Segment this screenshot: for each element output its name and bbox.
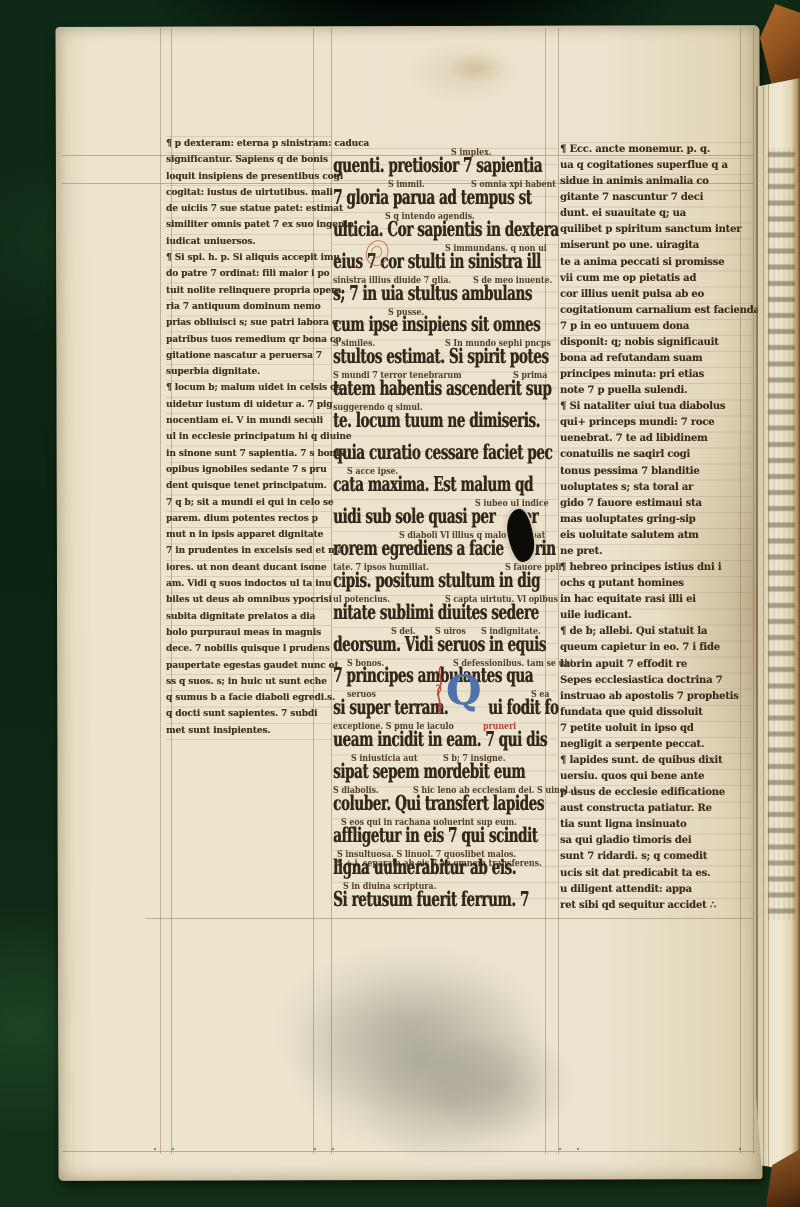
left-gloss-line: am. Vidi q suos indoctos ul ta inu xyxy=(166,576,332,592)
left-gloss-line: bolo purpuraui meas in magnis xyxy=(166,625,332,641)
main-text-line: te. locum tuum ne dimiseris. xyxy=(333,409,540,433)
left-gloss-line: 7 in prudentes in excelsis sed et ma xyxy=(166,543,332,559)
ruling-horizontal xyxy=(62,1151,756,1152)
right-gloss-line: uile iudicant. xyxy=(560,608,752,624)
prick-mark xyxy=(559,1148,561,1150)
left-gloss-line: biles ut deus ab omnibus ypocrisi xyxy=(166,592,332,608)
left-gloss-line: met sunt insipientes. xyxy=(166,723,332,739)
main-text-line: nitate sublimi diuites sedere xyxy=(333,601,539,625)
right-gloss-line: sunt 7 ridardi. s; q comedit xyxy=(560,849,752,865)
main-line-block: S implex.guenti. pretiosior 7 sapientia xyxy=(333,148,559,180)
left-gloss-line: iudicat uniuersos. xyxy=(166,234,332,250)
right-gloss-line: sidue in animis animalia co xyxy=(560,174,752,190)
right-gloss-line: ret sibi qd sequitur accidet ∴ xyxy=(560,898,752,914)
right-gloss-line: conatuilis ne saqirl cogi xyxy=(560,447,752,463)
right-gloss-line: disponit: q; nobis significauit xyxy=(560,335,752,351)
left-gloss-line: ¶ locum b; malum uidet in celsis qs xyxy=(166,380,332,396)
main-line-block: sinistra illius diuide 7 glia.S de meo i… xyxy=(333,276,559,308)
main-line-block: S iniusticia autS b; 7 insigne.sipat sep… xyxy=(333,754,559,786)
prick-mark xyxy=(154,1148,156,1150)
manuscript-photo-stage: ¶ p dexteram: eterna p sinistram: caduca… xyxy=(0,0,800,1207)
right-gloss-line: ¶ hebreo principes istius dni i xyxy=(560,560,752,576)
prick-mark xyxy=(577,1148,579,1150)
right-gloss-line: uersiu. quos qui bene ante xyxy=(560,769,752,785)
main-text-line: cum ipse insipiens sit omnes xyxy=(333,313,540,337)
right-gloss-line: aust constructa patiatur. Re xyxy=(560,801,752,817)
right-gloss-line: tia sunt ligna insinuato xyxy=(560,817,752,833)
facing-page-cutoff-text xyxy=(768,148,795,920)
left-gloss-line: paupertate egestas gaudet nunc ot xyxy=(166,658,332,674)
right-gloss-column: ¶ Ecc. ancte monemur. p. q.ua q cogitati… xyxy=(560,142,752,914)
right-gloss-line: ochs q putant homines xyxy=(560,576,752,592)
left-gloss-line: do patre 7 ordinat: fili maior i po xyxy=(166,266,332,282)
main-text-line: coluber. Qui transfert lapides xyxy=(333,792,544,816)
right-gloss-line: cor illius uenit pulsa ab eo xyxy=(560,287,752,303)
right-gloss-line: gido 7 fauore estimaui sta xyxy=(560,496,752,512)
right-gloss-line: mas uoluptates gring-sip xyxy=(560,512,752,528)
prick-mark xyxy=(172,1148,174,1150)
main-text-line: 7 gloria parua ad tempus st xyxy=(333,186,532,210)
right-gloss-line: Sepes ecclesiastica doctrina 7 xyxy=(560,673,752,689)
left-gloss-line: q sumus b a facie diaboli egredi.s. xyxy=(166,690,332,706)
main-line-block: S mundi 7 terror tenebrarumS primatatem … xyxy=(333,371,559,403)
left-gloss-column: ¶ p dexteram: eterna p sinistram: caduca… xyxy=(166,136,332,744)
right-gloss-line: ¶ lapides sunt. de quibus dixit xyxy=(560,753,752,769)
right-gloss-line: bona ad refutandam suam xyxy=(560,351,752,367)
right-gloss-line: 7 p in eo untuuem dona xyxy=(560,319,752,335)
main-line-block: quia curatio cessare faciet pec xyxy=(333,435,559,467)
left-gloss-line: nocentiam ei. V in mundi seculi xyxy=(166,413,332,429)
main-text-line: quia curatio cessare faciet pec xyxy=(333,441,552,465)
main-line-block: exceptione. S pmu le iaculopruneriueam i… xyxy=(333,722,559,754)
main-line-block: tate. 7 ipsos humiliat.S fauore pplicipi… xyxy=(333,563,559,595)
right-gloss-line: ¶ Si nataliter uiui tua diabolus xyxy=(560,399,752,415)
right-gloss-line: uoluptates s; sta toral ar xyxy=(560,480,752,496)
main-text-line: eius 7 cor stulti in sinistra ill xyxy=(333,250,541,274)
right-gloss-line: gitante 7 nascuntur 7 deci xyxy=(560,190,752,206)
illuminated-initial-q: Q xyxy=(436,666,482,720)
left-gloss-line: cogitat: iustus de uirtutibus. mali xyxy=(166,185,332,201)
main-line-block: S diabolis.S hic leno ab ecclesiam dei. … xyxy=(333,786,559,818)
left-gloss-line: prias obliuisci s; sue patri labora q xyxy=(166,315,332,331)
main-line-block: S similes.S In mundo sephi pncpsstultos … xyxy=(333,339,559,371)
right-gloss-line: negligit a serpente peccat. xyxy=(560,737,752,753)
left-gloss-line: dent quisque tenet principatum. xyxy=(166,478,332,494)
left-gloss-line: parem. dium potentes rectos p xyxy=(166,511,332,527)
ruling-vertical xyxy=(160,28,161,1154)
left-gloss-line: gitatione nascatur a peruersa 7 xyxy=(166,348,332,364)
left-gloss-line: subita dignitate prelatos a dia xyxy=(166,609,332,625)
left-gloss-line: uidetur iustum di uidetur a. 7 pig xyxy=(166,397,332,413)
right-gloss-line: instruao ab apostolis 7 prophetis xyxy=(560,689,752,705)
main-line-block: S in diuina scriptura.Si retusum fuerit … xyxy=(333,882,559,914)
right-gloss-line: tonus pessima 7 blanditie xyxy=(560,464,752,480)
left-gloss-line: q docti sunt sapientes. 7 subdi xyxy=(166,706,332,722)
right-gloss-line: te a anima peccati si promisse xyxy=(560,255,752,271)
left-gloss-line: ¶ Si spi. h. p. Si aliquis accepit imu xyxy=(166,250,332,266)
right-gloss-line: u diligent attendit: appa xyxy=(560,882,752,898)
right-gloss-line: laorin apuit 7 effodit re xyxy=(560,657,752,673)
ruling-vertical xyxy=(753,28,754,1154)
right-gloss-line: ¶ Ecc. ancte monemur. p. q. xyxy=(560,142,752,158)
right-gloss-line: uenebrat. 7 te ad libidinem xyxy=(560,431,752,447)
main-text-line: cipis. positum stultum in dig xyxy=(333,569,540,593)
left-gloss-line: significantur. Sapiens q de bonis xyxy=(166,152,332,168)
main-line-block: S pusse.cum ipse insipiens sit omnes xyxy=(333,308,559,340)
main-text-line: cata maxima. Est malum qd xyxy=(333,473,533,497)
main-text-line: ueam incidit in eam. 7 qui dis xyxy=(333,728,547,752)
main-text-line: ligna uulnerabitur ab eis. xyxy=(333,856,516,880)
left-gloss-line: tuit nolite relinquere propria opera xyxy=(166,283,332,299)
right-gloss-line: ua q cogitationes superflue q a xyxy=(560,158,752,174)
main-text-line: affligetur in eis 7 qui scindit xyxy=(333,824,538,848)
main-text-line: guenti. pretiosior 7 sapientia xyxy=(333,154,542,178)
main-line-block: ul potencius.S capta uirtutu. Vl opibusn… xyxy=(333,595,559,627)
left-gloss-line: ss q suos. s; in huic ut sunt eche xyxy=(166,674,332,690)
main-line-block: S q intendo agendis.ulticia. Cor sapient… xyxy=(333,212,559,244)
right-gloss-line: p usus de ecclesie edificatione xyxy=(560,785,752,801)
right-gloss-line: ¶ de b; allebi. Qui statuit la xyxy=(560,624,752,640)
left-gloss-line: iores. ut non deant ducant isone xyxy=(166,560,332,576)
right-gloss-line: note 7 p puella sulendi. xyxy=(560,383,752,399)
right-gloss-line: dunt. ei suauitate q; ua xyxy=(560,206,752,222)
right-gloss-line: ne pret. xyxy=(560,544,752,560)
left-gloss-line: de uiciis 7 sue statue patet: estimat xyxy=(166,201,332,217)
right-gloss-line: principes minuta: pri etias xyxy=(560,367,752,383)
main-text-line: sipat sepem mordebit eum xyxy=(333,760,525,784)
prick-mark xyxy=(739,1148,741,1150)
right-gloss-line: vii cum me op pietatis ad xyxy=(560,271,752,287)
left-gloss-line: dece. 7 nobilis quisque l prudens xyxy=(166,641,332,657)
main-line-block: S insultuosa. S linuol. 7 quoslibet malo… xyxy=(333,850,559,882)
right-gloss-line: in hac equitate rasi illi ei xyxy=(560,592,752,608)
right-gloss-line: eis uoluitate salutem atm xyxy=(560,528,752,544)
left-gloss-line: opibus ignobiles sedante 7 s pru xyxy=(166,462,332,478)
prick-mark xyxy=(314,1148,316,1150)
main-line-block: suggerendo q simul.te. locum tuum ne dim… xyxy=(333,403,559,435)
left-gloss-line: mut n in ipsis apparet dignitate xyxy=(166,527,332,543)
main-text-line: Si retusum fuerit ferrum. 7 xyxy=(333,888,529,912)
right-gloss-line: 7 petite uoluit in ipso qd xyxy=(560,721,752,737)
main-text-line: stultos estimat. Si spirit potes xyxy=(333,345,549,369)
left-gloss-line: ria 7 antiquum dominum nemo xyxy=(166,299,332,315)
right-gloss-line: queum capietur in eo. 7 i fide xyxy=(560,640,752,656)
left-gloss-line: ul in ecclesie principatum hi q diuine xyxy=(166,429,332,445)
left-gloss-line: in sinone sunt 7 sapientia. 7 s bonis xyxy=(166,446,332,462)
main-line-block: S dei.S uirosS indignitate.deorsum. Vidi… xyxy=(333,627,559,659)
main-line-block: S immil.S omnia xpi habent7 gloria parua… xyxy=(333,180,559,212)
main-text-line: deorsum. Vidi seruos in equis xyxy=(333,633,546,657)
right-gloss-line: cogitationum carnalium est facienda. xyxy=(560,303,752,319)
initial-letter: Q xyxy=(446,666,481,716)
left-gloss-line: patribus tuos remedium qr bona co xyxy=(166,332,332,348)
left-gloss-line: ¶ p dexteram: eterna p sinistram: caduca xyxy=(166,136,332,152)
right-gloss-line: qui+ princeps mundi: 7 roce xyxy=(560,415,752,431)
main-text-line: tatem habentis ascenderit sup xyxy=(333,377,551,401)
right-gloss-line: quilibet p spiritum sanctum inter xyxy=(560,222,752,238)
main-line-block: S eos qui in rachana uoluerint sup eum.a… xyxy=(333,818,559,850)
left-gloss-line: superbia dignitate. xyxy=(166,364,332,380)
binding-leather-top xyxy=(760,4,800,92)
left-gloss-line: 7 q b; sit a mundi ei qui in celo se xyxy=(166,495,332,511)
right-gloss-line: fundata que quid dissoluit xyxy=(560,705,752,721)
right-gloss-line: miserunt po une. uiragita xyxy=(560,238,752,254)
main-text-line: ulticia. Cor sapientis in dextera xyxy=(333,218,559,242)
left-gloss-line: similiter omnis patet 7 ex suo ingenio xyxy=(166,217,332,233)
main-text-line: s; 7 in uia stultus ambulans xyxy=(333,282,532,306)
ruling-horizontal xyxy=(145,918,753,919)
prick-mark xyxy=(332,1148,334,1150)
left-gloss-line: loquit insipiens de presentibus cogi xyxy=(166,169,332,185)
main-line-block: S acce ipse.cata maxima. Est malum qd xyxy=(333,467,559,499)
right-gloss-line: sa qui gladio timoris dei xyxy=(560,833,752,849)
right-gloss-line: ucis sit dat predicabit ta es. xyxy=(560,866,752,882)
